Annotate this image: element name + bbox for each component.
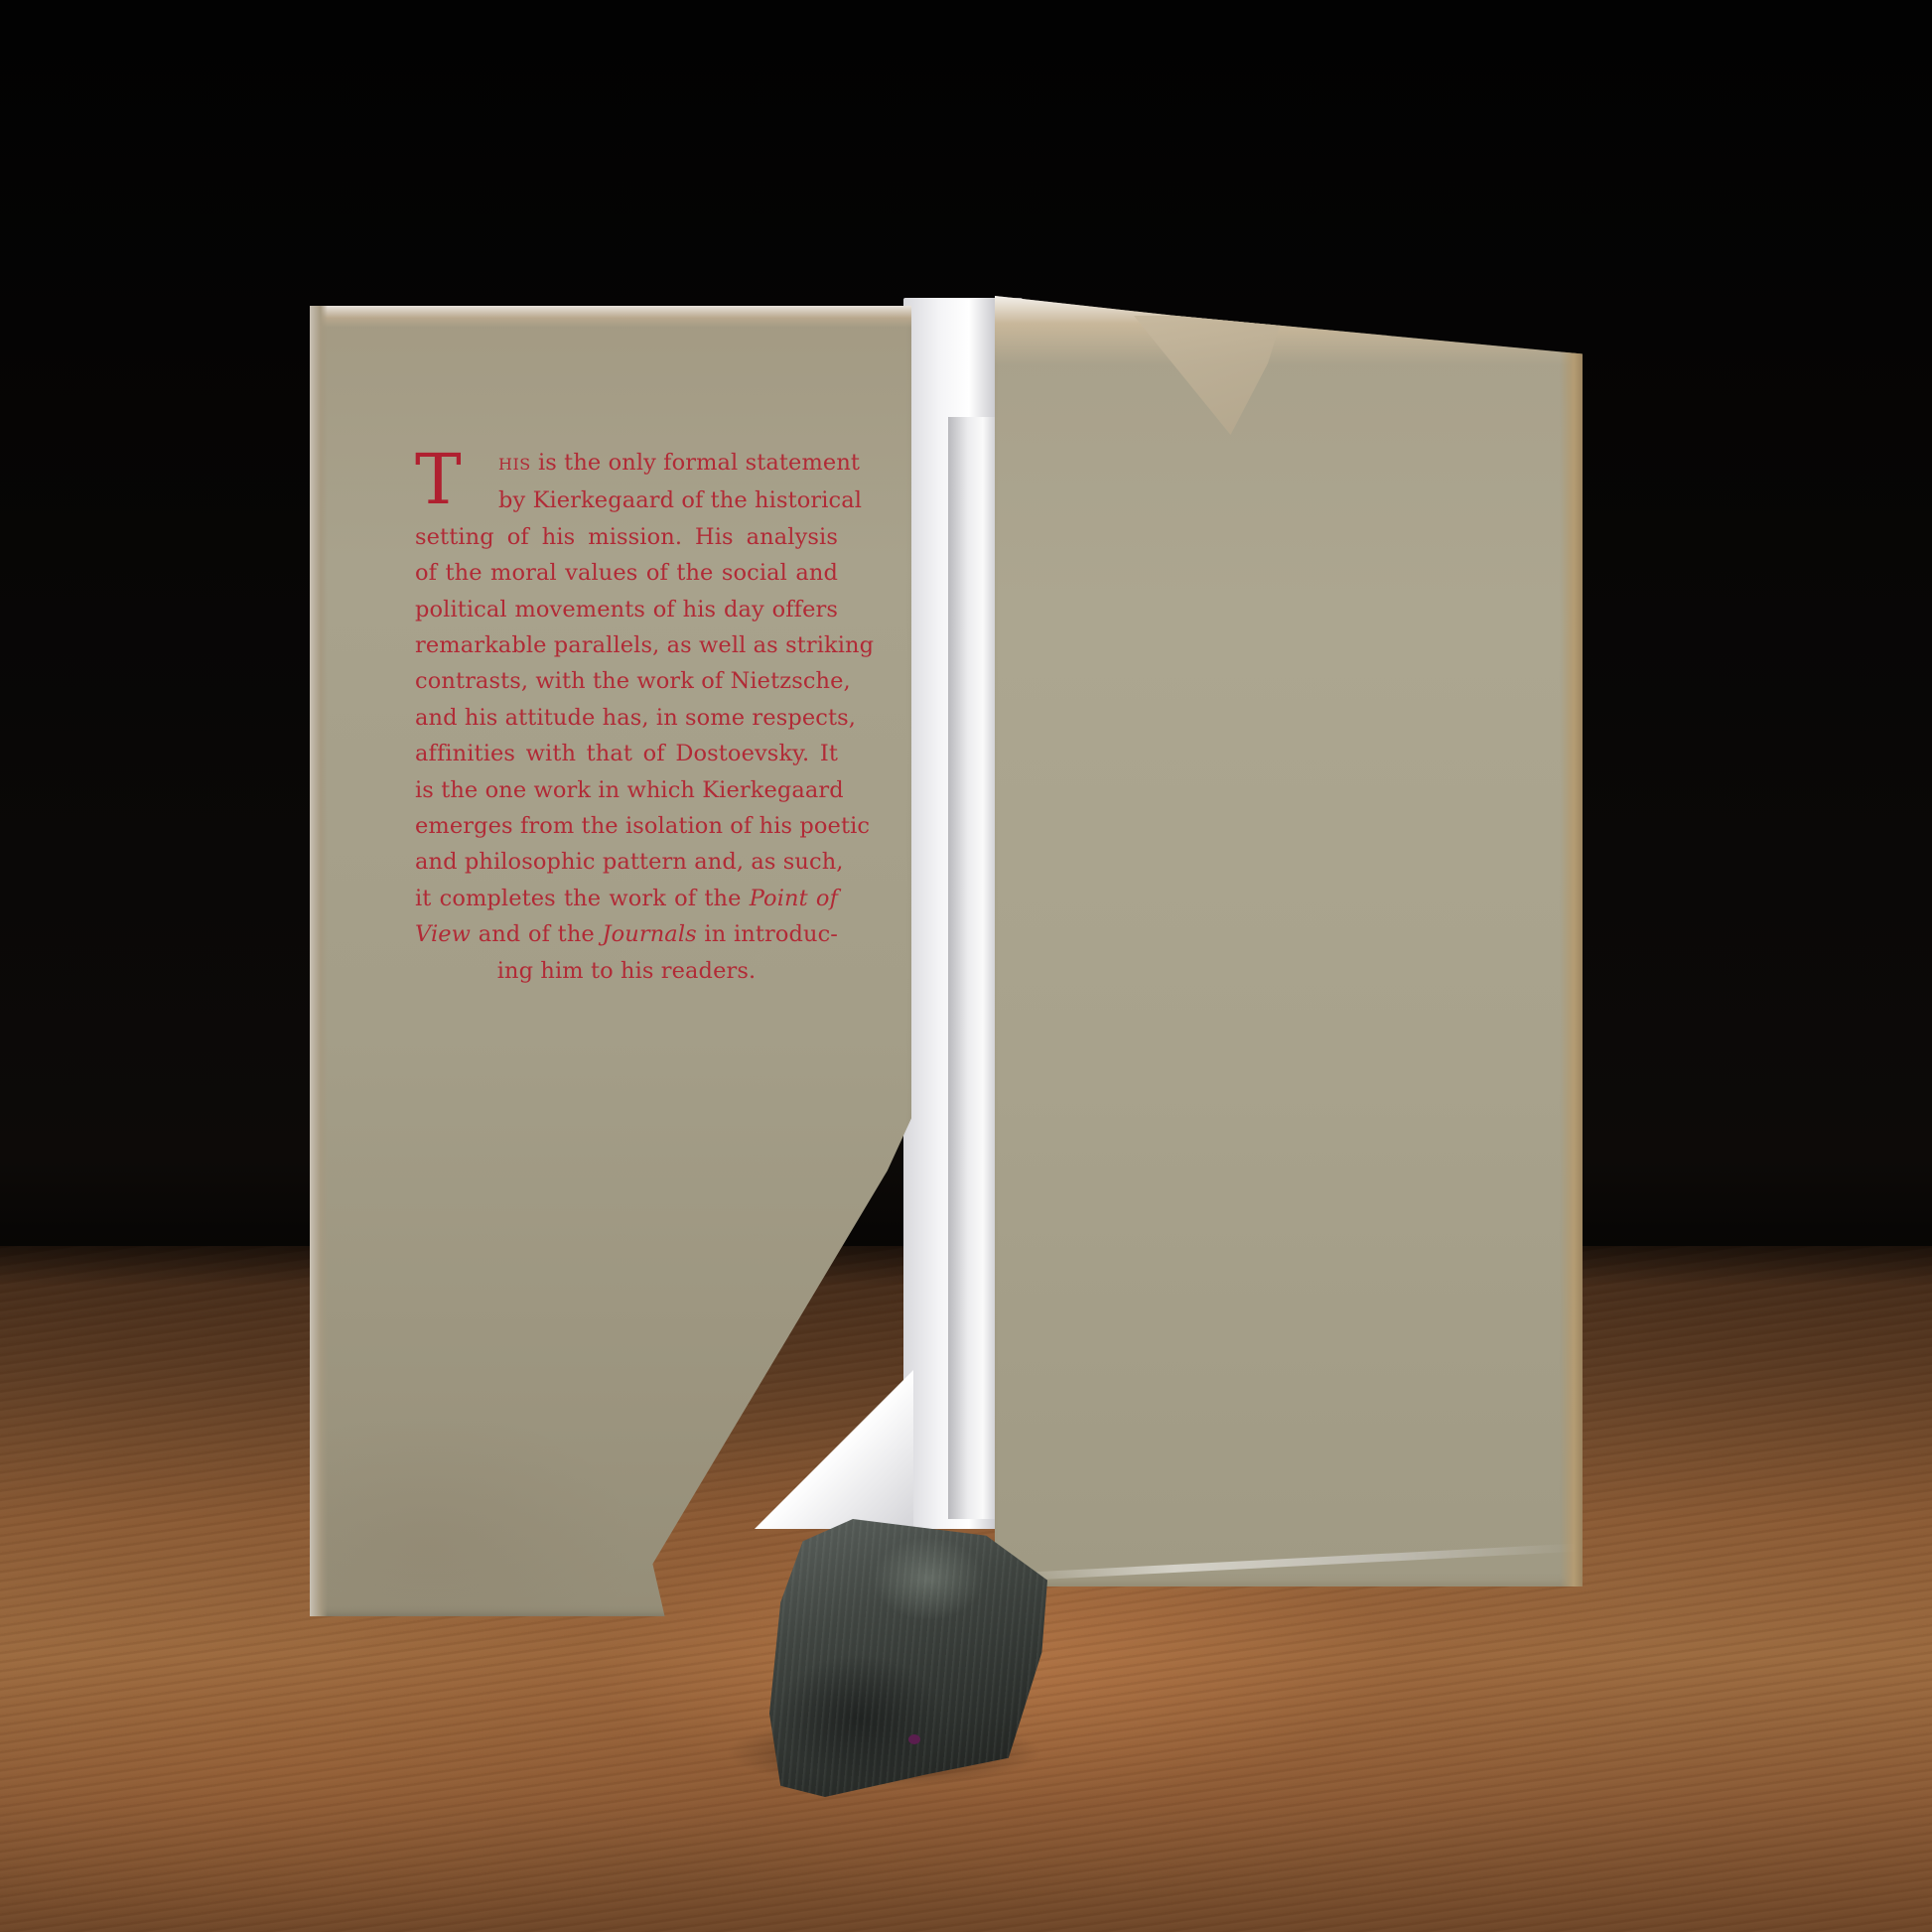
blurb-line-3: setting of his mission. His analysis bbox=[415, 519, 838, 555]
dust-jacket-back-panel bbox=[995, 296, 1583, 1587]
jacket-spine-edge bbox=[1561, 296, 1583, 1587]
photo-scene: T HIS is the only formal statement by Ki… bbox=[0, 0, 1932, 1932]
blurb-line-1: HIS is the only formal statement bbox=[415, 445, 838, 483]
flap-blurb-text: T HIS is the only formal statement by Ki… bbox=[415, 445, 838, 989]
blurb-line-11: emerges from the isolation of his poetic bbox=[415, 808, 838, 844]
blurb-line-14: View and of the Journals in introduc- bbox=[415, 916, 838, 952]
blurb-line-12: and philosophic pattern and, as such, bbox=[415, 844, 838, 880]
flap-top-edge bbox=[310, 306, 911, 328]
blurb-line-9: affinities with that of Dostoevsky. It bbox=[415, 736, 838, 771]
blurb-line-8: and his attitude has, in some respects, bbox=[415, 700, 838, 736]
blurb-line-5: political movements of his day offers bbox=[415, 592, 838, 627]
drop-cap: T bbox=[415, 448, 462, 511]
blurb-line-10: is the one work in which Kierkegaard bbox=[415, 772, 838, 808]
stone-bookend bbox=[769, 1519, 1047, 1797]
blurb-line-2: by Kierkegaard of the historical bbox=[415, 483, 838, 518]
mylar-top-edge bbox=[995, 296, 1583, 365]
jacket-tear bbox=[1134, 316, 1283, 435]
blurb-line-13: it completes the work of the Point of bbox=[415, 881, 838, 916]
table-stain bbox=[908, 1734, 920, 1744]
flap-left-edge bbox=[310, 306, 328, 1616]
book-pages-inner bbox=[948, 417, 998, 1519]
blurb-line-6: remarkable parallels, as well as strikin… bbox=[415, 627, 838, 663]
blurb-line-7: contrasts, with the work of Nietzsche, bbox=[415, 663, 838, 699]
blurb-line-15: ing him to his readers. bbox=[415, 953, 838, 989]
blurb-line-4: of the moral values of the social and bbox=[415, 555, 838, 591]
